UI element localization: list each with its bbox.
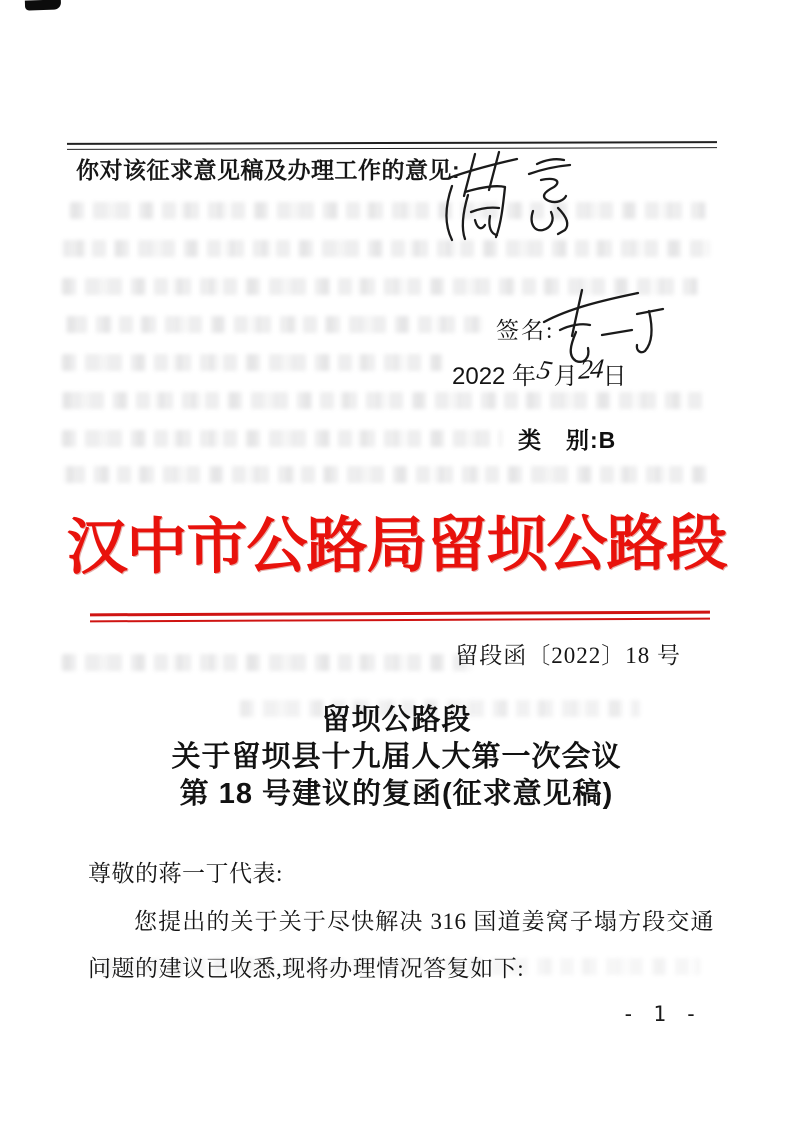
bleedthrough-band — [62, 392, 710, 409]
opinion-handwriting-strokes — [437, 150, 577, 246]
bleedthrough-band — [62, 430, 502, 447]
agency-letterhead-title: 汉中市公路局留坝公路段 — [0, 494, 793, 587]
letter-heading-line3: 第 18 号建议的复函(征求意见稿) — [0, 776, 793, 813]
opinion-label: 你对该征求意见稿及办理工作的意见: — [76, 152, 460, 185]
date-month-handwritten: 5 — [535, 357, 555, 382]
date-line: 2022 年 5 月 24 日 — [452, 356, 627, 391]
page-number: - 1 - — [622, 1002, 700, 1026]
letter-heading-line2: 关于留坝县十九届人大第一次会议 — [0, 739, 793, 776]
letter-heading-line1: 留坝公路段 — [0, 702, 793, 739]
category-label: 类 别:B — [518, 422, 616, 455]
doc-number: 留段函〔2022〕18 号 — [0, 637, 793, 670]
letter-heading: 留坝公路段 关于留坝县十九届人大第一次会议 第 18 号建议的复函(征求意见稿) — [0, 702, 793, 813]
body-paragraph: 您提出的关于关于尽快解决 316 国道姜窝子塌方段交通问题的建议已收悉,现将办理… — [88, 898, 714, 992]
date-day-label: 日 — [603, 356, 627, 391]
bleedthrough-band — [70, 202, 706, 219]
bleedthrough-band — [62, 240, 710, 257]
bleedthrough-band — [62, 316, 482, 333]
feedback-section-divider — [67, 141, 717, 150]
scanned-document-page: 你对该征求意见稿及办理工作的意见: 满意 签名: — [0, 0, 793, 1122]
date-month-label: 月 — [554, 356, 578, 391]
letterhead-red-divider — [90, 611, 710, 623]
bleedthrough-band — [62, 466, 710, 483]
scan-artifact-mark — [25, 0, 61, 11]
date-day-handwritten: 24 — [577, 356, 602, 382]
salutation: 尊敬的蒋一丁代表: — [88, 855, 283, 888]
bleedthrough-band — [62, 354, 442, 371]
date-year-label: 2022 年 — [452, 356, 536, 391]
